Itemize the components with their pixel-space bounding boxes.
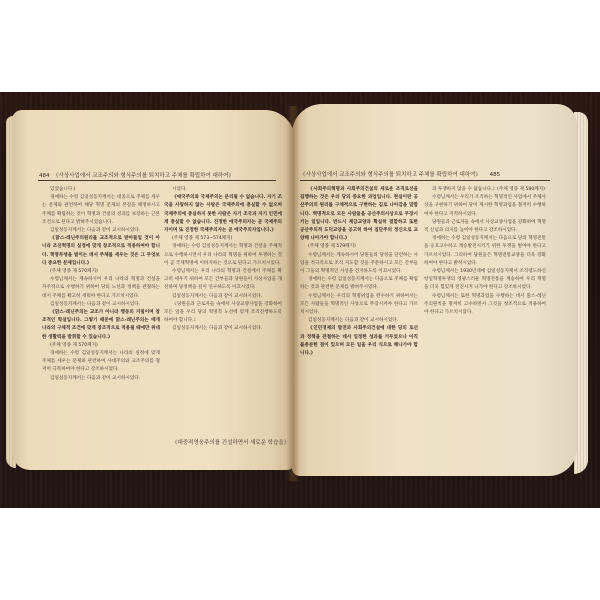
- footer-text: 《대중적영웅주의를 건설하면서 새로운 학습을》: [172, 440, 289, 446]
- paragraph: 시었다.: [164, 186, 282, 194]
- left-header-rule: [38, 180, 276, 181]
- paragraph: 수령님께서는 계속하시어 당원들의 당성을 단련하는 사업을 적극적으로 조직 …: [300, 252, 418, 277]
- left-page: 484 《사상사업에서 교조주의와 형식주의를 퇴치하고 주체를 확립하여 대하…: [12, 110, 295, 470]
- right-page: 《사상사업에서 교조주의와 형식주의를 퇴치하고 주체를 확립하여 대하여》 4…: [292, 104, 577, 476]
- paragraph: 수령님께서는 1930년대에 김일성동지께서 조직령도하신 항일혁명투쟁의 영광…: [424, 268, 546, 293]
- paragraph: 경애하는 수령 김일성동지께서는 대중으로 주체를 세우는 문제와 관련하여 해…: [42, 194, 160, 227]
- right-running-header: 《사상사업에서 교조주의와 형식주의를 퇴치하고 주체를 확립하여 대하여》 4…: [300, 170, 500, 178]
- right-column-1: 《사회주의혁명과 사회주의건설의 새로운 조직로선을 집행하는 것은 우리 당의…: [300, 186, 418, 456]
- paragraph: 당원들과 근로자들 속에서 사상교양사업을 강화하여 혁명적 신념과 의지를 높…: [424, 219, 546, 235]
- photograph: 484 《사상사업에서 교조주의와 형식주의를 퇴치하고 주체를 확립하여 대하…: [0, 92, 600, 508]
- bold-quotation: 《맑스-레닌주의는 교조가 아니라 행동의 지침이며 창조적인 학설입니다. 그…: [42, 310, 160, 340]
- bold-quotation: 《애국주의와 국제주의는 분리될 수 없습니다. 자기 조국을 사랑하지 않는 …: [164, 195, 282, 233]
- paragraph: 수령님께서는 우리 나라의 혁명과 건설에서 주체를 확고히 세우기 위하여 모…: [164, 268, 282, 293]
- left-column-1: 있었습니다.) 경애하는 수령 김일성동지께서는 대중으로 주체를 세우는 문제…: [42, 186, 160, 446]
- book-gutter: [286, 106, 300, 481]
- paragraph: 수령님께서는 우리의 혁명위업을 완수하기 위하여서는 모든 사람들을 혁명적인…: [300, 293, 418, 318]
- paragraph: 경애하는 수령 김일성동지께서는 다음으로 주체를 확립하는 것과 관련한 문제…: [300, 276, 418, 292]
- citation: (주체 영종 제 570페지): [42, 342, 160, 350]
- bold-quotation: 《사회주의혁명과 사회주의건설의 새로운 조직로선을 집행하는 것은 우리 당의…: [300, 187, 418, 241]
- left-header-title: 《사상사업에서 교조주의와 형식주의를 퇴치하고 주체를 확립하여 대하여》: [53, 173, 234, 179]
- paragraph: 수령님께서는 계속하시어 우리 나라의 혁명과 건설을 자주적으로 수행하기 위…: [42, 276, 160, 301]
- bold-quotation: 《맑스-레닌주의원리를 교조적으로 받아들일 것이 아니라 조선혁명의 실정에 …: [42, 236, 160, 266]
- citation: (주체 영종 제 573~574페지): [164, 235, 282, 243]
- paragraph: 김일성동지께서는 다음과 같이 교시하시었다.: [42, 227, 160, 235]
- right-column-2: 과 투쟁하지 않을 수 없습니다.》(주체 영종 제 580페지) 수령님께서는…: [424, 186, 546, 456]
- left-running-header: 484 《사상사업에서 교조주의와 형식주의를 퇴치하고 주체를 확립하여 대하…: [39, 171, 234, 179]
- paragraph: 김일성동지께서는 다음과 같이 교시하시었다.: [300, 317, 418, 325]
- paragraph: 과 투쟁하지 않을 수 없습니다.》(주체 영종 제 580페지): [424, 186, 546, 194]
- paragraph: 김일성동지께서는 다음과 같이 교시하시었다.: [42, 301, 160, 309]
- paragraph: 김일성동지께서는 다음과 같이 교시하시었다.: [164, 293, 282, 301]
- left-column-2: 시었다. 《애국주의와 국제주의는 분리될 수 없습니다. 자기 조국을 사랑하…: [164, 186, 282, 431]
- right-header-rule: [300, 180, 550, 181]
- left-page-number: 484: [39, 173, 50, 179]
- paragraph: 수령님께서는 우리가 조직하는 혁명적인 사업에서 주체사상을 구현하기 위하여…: [424, 194, 546, 219]
- paragraph: 수령님께서는 또한 혁명과업을 수행하는 데서 맑스-레닌주의원칙을 철저히 고…: [424, 293, 546, 318]
- left-page-footer: 《대중적영웅주의를 건설하면서 새로운 학습을》 87: [172, 438, 295, 446]
- paragraph: 김일성동지께서는 다음과 같이 교시하시었다.: [164, 325, 282, 333]
- paragraph: 김일성동지께서는 다음과 같이 교시하시었다.: [42, 375, 160, 383]
- right-page-number: 485: [490, 172, 501, 178]
- paragraph: 경애하는 수령 김일성동지께서는 나라의 실정에 맞게 주체를 세우는 문제와 …: [42, 350, 160, 375]
- paragraph: 경애하는 수령 김일성동지께서는 혁명과 건설을 주체적으로 수행하시면서 우리…: [164, 243, 282, 268]
- paragraph: 경애하는 수령 김일성동지께서는 다음으로 당의 혁명전통을 옹호고수하고 계승…: [424, 235, 546, 268]
- paragraph: 《당원들과 근로자들 속에서 사상교양사업을 강화하여 모든 일을 우리 당의 …: [164, 301, 282, 326]
- paragraph: 있었습니다.): [42, 186, 160, 194]
- citation: (주체 영종 제 579페지): [300, 243, 418, 251]
- bold-quotation: 《인민경제의 발전과 사회주의건설에 대한 당의 로선과 정책을 관철하는 데서…: [300, 326, 418, 356]
- right-header-title: 《사상사업에서 교조주의와 형식주의를 퇴치하고 주체를 확립하여 대하여》: [300, 172, 481, 178]
- citation: (주체 영종 제 570페지): [42, 268, 160, 276]
